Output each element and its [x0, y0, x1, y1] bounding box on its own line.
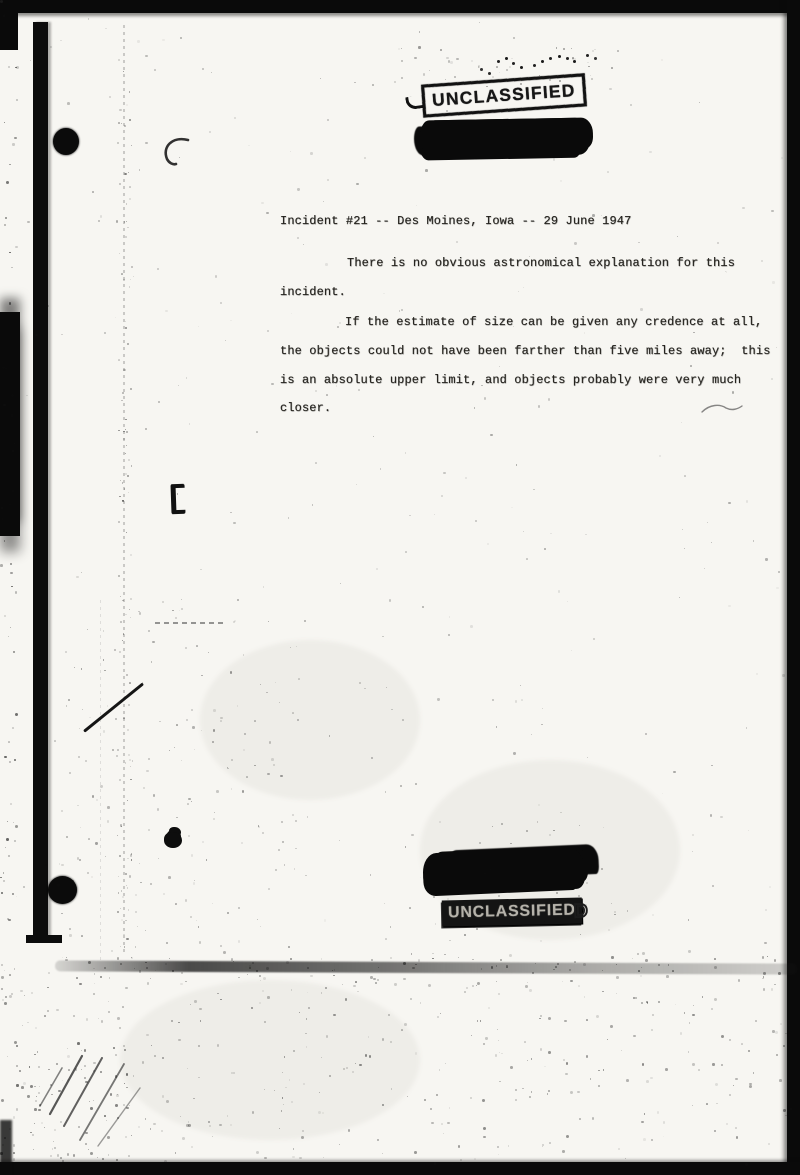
noise-speck: [182, 1137, 185, 1140]
noise-speck: [263, 586, 264, 587]
noise-speck: [693, 1005, 694, 1006]
noise-speck: [673, 771, 676, 774]
noise-speck: [651, 1139, 653, 1141]
noise-speck: [9, 302, 12, 305]
noise-speck: [566, 1135, 569, 1138]
noise-speck: [645, 733, 647, 735]
noise-speck: [767, 956, 768, 957]
noise-speck: [692, 1105, 693, 1106]
noise-speck: [79, 983, 81, 985]
noise-speck: [211, 72, 212, 73]
noise-speck: [706, 1103, 708, 1105]
noise-speck: [384, 903, 385, 904]
noise-speck: [499, 1052, 501, 1054]
noise-speck: [746, 500, 749, 503]
noise-speck: [423, 73, 425, 75]
noise-speck: [394, 81, 396, 83]
noise-speck: [212, 1136, 213, 1137]
noise-speck: [120, 824, 122, 826]
noise-speck: [411, 953, 412, 954]
noise-speck: [128, 459, 130, 461]
noise-speck: [14, 759, 16, 761]
noise-speck: [435, 923, 437, 925]
noise-speck: [377, 1139, 378, 1140]
noise-speck: [763, 988, 765, 990]
noise-speck: [456, 58, 458, 60]
noise-speck: [130, 617, 131, 618]
noise-speck: [201, 675, 203, 677]
noise-speck: [8, 636, 9, 637]
noise-speck: [127, 475, 129, 477]
noise-speck: [714, 998, 717, 1001]
noise-speck: [128, 704, 130, 706]
noise-speck: [649, 151, 652, 154]
noise-speck: [571, 48, 573, 50]
noise-speck: [139, 612, 142, 615]
noise-speck: [642, 1063, 644, 1065]
noise-speck: [742, 207, 744, 209]
noise-speck: [711, 1008, 713, 1010]
noise-speck: [448, 60, 450, 62]
noise-speck: [666, 975, 669, 978]
noise-speck: [125, 873, 127, 875]
noise-speck: [148, 758, 151, 761]
noise-speck: [108, 1001, 109, 1002]
noise-speck: [348, 1129, 350, 1131]
noise-speck: [126, 674, 128, 676]
noise-speck: [130, 554, 132, 556]
noise-speck: [641, 1002, 643, 1004]
noise-speck: [415, 783, 417, 785]
noise-speck: [377, 979, 379, 981]
noise-speck: [126, 532, 127, 533]
noise-speck: [646, 1001, 648, 1003]
noise-speck: [782, 674, 784, 676]
noise-speck: [562, 981, 564, 983]
noise-speck: [570, 980, 572, 982]
noise-speck: [357, 991, 359, 993]
noise-speck: [129, 759, 131, 761]
noise-speck: [482, 1099, 485, 1102]
noise-speck: [471, 60, 473, 62]
noise-speck: [11, 586, 12, 587]
noise-speck: [191, 854, 193, 856]
noise-speck: [115, 718, 117, 720]
noise-speck: [198, 326, 199, 327]
noise-speck: [746, 727, 748, 729]
noise-speck: [721, 1064, 723, 1066]
noise-speck: [400, 785, 402, 787]
noise-speck: [47, 1010, 49, 1012]
noise-speck: [458, 1145, 461, 1148]
noise-speck: [496, 726, 498, 728]
noise-speck: [57, 1154, 60, 1157]
noise-speck: [128, 492, 129, 493]
noise-speck: [645, 959, 648, 962]
noise-speck: [62, 957, 63, 958]
noise-speck: [690, 365, 692, 367]
noise-speck: [735, 1078, 738, 1081]
noise-speck: [115, 317, 116, 318]
noise-speck: [103, 630, 104, 631]
noise-speck: [560, 180, 561, 181]
noise-speck: [564, 1020, 566, 1022]
noise-speck: [515, 1089, 518, 1092]
noise-speck: [95, 842, 97, 844]
noise-speck: [191, 801, 192, 802]
noise-speck: [748, 1050, 750, 1052]
noise-speck: [587, 757, 588, 758]
noise-speck: [186, 719, 188, 721]
noise-speck: [14, 840, 16, 842]
noise-speck: [310, 152, 312, 154]
noise-speck: [574, 58, 576, 60]
noise-speck: [13, 1158, 16, 1161]
noise-speck: [262, 832, 264, 834]
noise-speck: [652, 914, 654, 916]
noise-speck: [257, 919, 258, 920]
noise-speck: [447, 1122, 449, 1124]
noise-speck: [101, 1020, 103, 1022]
noise-speck: [484, 397, 486, 399]
noise-speck: [131, 957, 133, 959]
noise-speck: [100, 976, 102, 978]
noise-speck: [607, 1039, 609, 1041]
noise-speck: [256, 1151, 259, 1154]
noise-speck: [753, 540, 754, 541]
noise-speck: [592, 1117, 595, 1120]
noise-speck: [175, 904, 176, 905]
noise-speck: [125, 327, 127, 329]
noise-speck: [616, 976, 619, 979]
noise-speck: [398, 48, 400, 50]
noise-speck: [117, 749, 119, 751]
noise-speck: [420, 1002, 421, 1003]
noise-speck: [464, 934, 466, 936]
noise-speck: [231, 788, 233, 790]
noise-speck: [278, 849, 280, 851]
noise-speck: [765, 909, 767, 911]
noise-speck: [135, 911, 137, 913]
noise-speck: [616, 993, 617, 994]
noise-speck: [157, 268, 159, 270]
noise-speck: [626, 1079, 629, 1082]
noise-speck: [116, 1159, 118, 1161]
noise-speck: [16, 66, 19, 69]
noise-speck: [409, 907, 411, 909]
noise-speck: [429, 70, 430, 71]
noise-speck: [128, 172, 129, 173]
noise-speck: [20, 990, 22, 992]
noise-speck: [66, 957, 68, 959]
noise-speck: [10, 627, 11, 628]
noise-speck: [445, 1063, 447, 1065]
noise-speck: [212, 903, 213, 904]
noise-speck: [92, 191, 94, 193]
noise-speck: [199, 941, 201, 943]
noise-speck: [405, 452, 406, 453]
noise-speck: [9, 995, 12, 998]
noise-speck: [129, 286, 131, 288]
noise-speck: [125, 419, 127, 421]
noise-speck: [472, 985, 474, 987]
noise-speck: [4, 224, 6, 226]
noise-speck: [652, 1014, 654, 1016]
noise-speck: [117, 1017, 120, 1020]
scan-edge-left-bottom: [0, 1120, 12, 1175]
noise-speck: [525, 985, 528, 988]
noise-speck: [14, 1041, 17, 1044]
noise-speck: [403, 978, 406, 981]
noise-speck: [223, 951, 226, 954]
noise-speck: [633, 997, 635, 999]
noise-speck: [635, 997, 637, 999]
noise-speck: [425, 169, 428, 172]
noise-speck: [4, 540, 5, 541]
noise-speck: [128, 1155, 130, 1157]
noise-speck: [638, 242, 640, 244]
noise-speck: [137, 926, 139, 928]
noise-speck: [94, 973, 96, 975]
noise-speck: [715, 1083, 718, 1086]
noise-speck: [130, 279, 131, 280]
bracket-mark: [170, 484, 185, 514]
noise-speck: [8, 741, 10, 743]
noise-speck: [650, 1077, 653, 1080]
noise-speck: [523, 531, 524, 532]
noise-speck: [476, 928, 478, 930]
ink-blob-mark: [164, 832, 182, 848]
noise-speck: [82, 709, 83, 710]
noise-speck: [776, 347, 778, 349]
noise-speck: [181, 608, 183, 610]
noise-speck: [592, 50, 594, 52]
noise-speck: [472, 959, 474, 961]
noise-speck: [114, 649, 116, 651]
noise-speck: [104, 332, 106, 334]
noise-speck: [175, 617, 177, 619]
noise-speck: [220, 302, 222, 304]
noise-speck: [704, 568, 705, 569]
noise-speck: [675, 1004, 676, 1005]
noise-speck: [151, 661, 153, 663]
scan-edge-top: [0, 0, 800, 13]
noise-speck: [148, 829, 150, 831]
noise-speck: [267, 330, 269, 332]
noise-speck: [202, 68, 204, 70]
noise-speck: [112, 749, 114, 751]
noise-speck: [227, 912, 229, 914]
noise-speck: [542, 708, 543, 709]
doc-line-para2-2: the objects could not have been farther …: [280, 344, 771, 358]
noise-speck: [515, 1099, 517, 1101]
noise-speck: [22, 1025, 23, 1026]
noise-speck: [103, 659, 105, 661]
noise-speck: [304, 620, 306, 622]
noise-speck: [234, 620, 236, 622]
noise-speck: [699, 102, 700, 103]
noise-speck: [433, 896, 435, 898]
noise-speck: [358, 389, 360, 391]
noise-speck: [6, 838, 9, 841]
noise-speck: [125, 321, 126, 322]
noise-speck: [1, 988, 3, 990]
noise-speck: [692, 1014, 694, 1016]
noise-speck: [135, 894, 138, 897]
noise-speck: [24, 995, 25, 996]
noise-speck: [129, 186, 131, 188]
noise-speck: [407, 1096, 408, 1097]
noise-speck: [763, 976, 765, 978]
noise-speck: [27, 221, 29, 223]
noise-speck: [729, 1094, 731, 1096]
noise-speck: [11, 993, 13, 995]
noise-speck: [692, 1063, 695, 1066]
noise-speck: [340, 583, 341, 584]
noise-speck: [163, 893, 164, 894]
noise-speck: [511, 58, 512, 59]
noise-speck: [13, 651, 14, 652]
noise-speck: [148, 630, 150, 632]
noise-speck: [688, 919, 690, 921]
noise-speck: [339, 840, 340, 841]
noise-speck: [598, 1070, 599, 1071]
noise-speck: [448, 634, 450, 636]
noise-speck: [383, 293, 385, 295]
noise-speck: [138, 611, 139, 612]
unclassified-stamp-top: UNCLASSIFIED: [421, 73, 587, 117]
noise-speck: [492, 699, 494, 701]
noise-speck: [1, 976, 3, 978]
noise-speck: [689, 1022, 690, 1023]
noise-speck: [209, 131, 211, 133]
noise-speck: [356, 484, 357, 485]
noise-speck: [206, 859, 208, 861]
noise-speck: [323, 1157, 324, 1158]
noise-speck: [131, 957, 132, 958]
noise-speck: [79, 859, 81, 861]
noise-speck: [483, 1043, 484, 1044]
noise-speck: [215, 275, 217, 277]
noise-speck: [85, 760, 87, 762]
noise-speck: [292, 814, 294, 816]
noise-speck: [13, 1152, 15, 1154]
noise-speck: [541, 724, 543, 726]
noise-speck: [292, 1156, 295, 1159]
noise-speck: [711, 542, 713, 544]
noise-speck: [526, 558, 528, 560]
noise-speck: [640, 308, 642, 310]
noise-speck: [540, 1048, 543, 1051]
noise-speck: [120, 596, 121, 597]
noise-speck: [540, 940, 542, 942]
noise-speck: [513, 37, 515, 39]
noise-speck: [181, 599, 183, 601]
noise-speck: [10, 572, 12, 574]
noise-speck: [77, 805, 78, 806]
noise-speck: [271, 383, 273, 385]
noise-speck: [771, 210, 773, 212]
noise-speck: [130, 766, 131, 767]
noise-speck: [89, 717, 90, 718]
noise-speck: [681, 422, 683, 424]
noise-speck: [66, 836, 68, 838]
noise-speck: [4, 1002, 7, 1005]
noise-speck: [523, 287, 524, 288]
noise-speck: [716, 1103, 718, 1105]
noise-speck: [572, 58, 573, 59]
noise-speck: [118, 59, 120, 61]
noise-speck: [158, 401, 160, 403]
noise-speck: [684, 475, 686, 477]
noise-speck: [333, 975, 334, 976]
noise-speck: [531, 1091, 533, 1093]
noise-speck: [443, 472, 445, 474]
noise-speck: [125, 987, 127, 989]
noise-speck: [475, 520, 477, 522]
noise-speck: [65, 651, 67, 653]
noise-speck: [587, 62, 588, 63]
noise-speck: [126, 104, 129, 107]
noise-speck: [356, 183, 358, 185]
noise-speck: [98, 1018, 99, 1019]
noise-speck: [385, 791, 387, 793]
noise-speck: [499, 366, 501, 368]
noise-speck: [405, 551, 407, 553]
noise-speck: [771, 988, 773, 990]
noise-speck: [175, 1152, 177, 1154]
noise-speck: [180, 37, 182, 39]
noise-speck: [188, 835, 190, 837]
noise-speck: [764, 942, 767, 945]
noise-speck: [492, 76, 494, 78]
noise-speck: [127, 887, 128, 888]
noise-speck: [339, 322, 341, 324]
noise-speck: [749, 1083, 751, 1085]
noise-speck: [143, 787, 145, 789]
noise-speck: [632, 958, 633, 959]
noise-speck: [327, 119, 329, 121]
noise-speck: [390, 926, 392, 928]
noise-speck: [436, 1094, 438, 1096]
noise-speck: [416, 205, 417, 206]
noise-speck: [641, 1121, 644, 1124]
noise-speck: [1, 964, 3, 966]
noise-speck: [478, 65, 480, 67]
noise-speck: [268, 888, 270, 890]
noise-speck: [531, 1058, 533, 1060]
noise-speck: [261, 202, 263, 204]
noise-speck: [594, 49, 595, 50]
noise-speck: [108, 1011, 110, 1013]
noise-speck: [299, 1157, 301, 1159]
noise-speck: [516, 464, 517, 465]
noise-speck: [12, 143, 14, 145]
noise-speck: [129, 91, 130, 92]
noise-speck: [549, 1142, 551, 1144]
noise-speck: [238, 977, 240, 979]
noise-speck: [73, 1154, 75, 1156]
noise-speck: [87, 872, 90, 875]
noise-speck: [192, 726, 195, 729]
noise-speck: [538, 405, 541, 408]
redaction-bar-bottom: [422, 846, 586, 895]
noise-speck: [234, 117, 236, 119]
noise-speck: [126, 445, 127, 446]
noise-speck: [0, 877, 1, 878]
noise-speck: [118, 575, 120, 577]
noise-speck: [3, 872, 5, 874]
